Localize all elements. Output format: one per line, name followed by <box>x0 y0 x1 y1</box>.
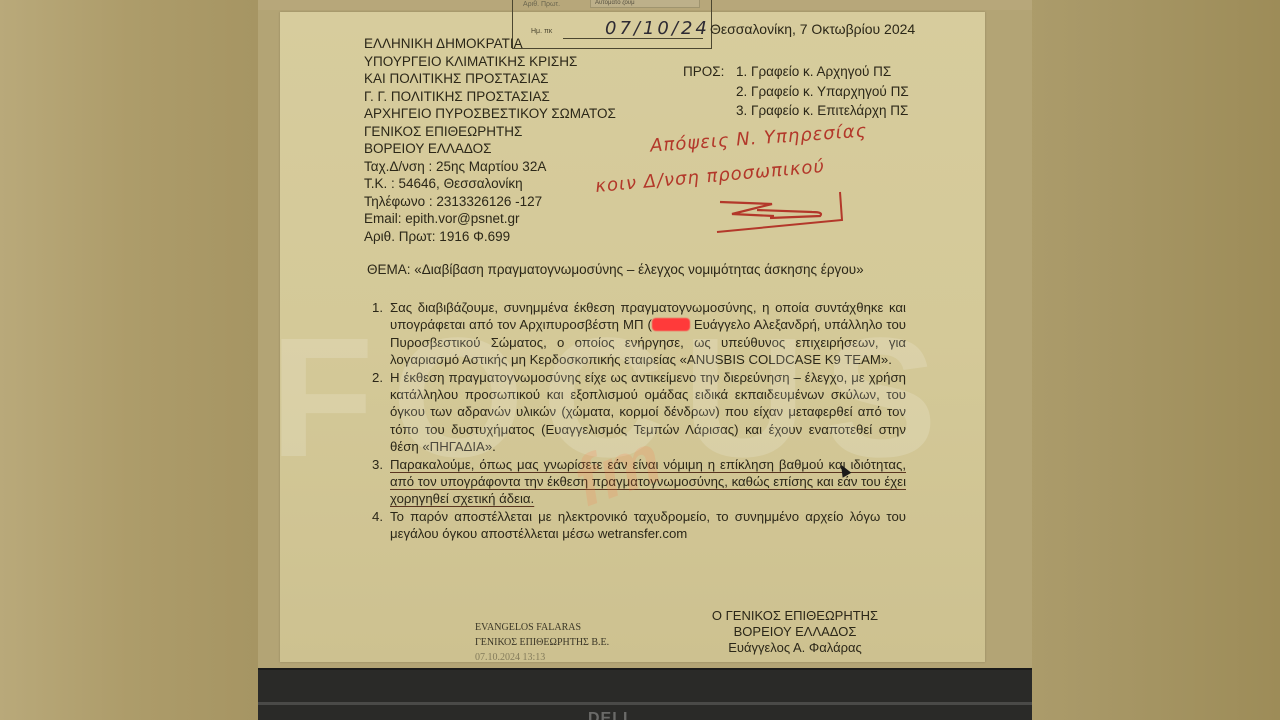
digital-signature-name: EVANGELOS FALARAS <box>475 620 609 635</box>
monitor-bezel: DELL <box>258 668 1032 720</box>
item-text: Παρακαλούμε, όπως μας γνωρίσετε εάν είνα… <box>390 457 906 507</box>
list-item: 1. Σας διαβιβάζουμε, συνημμένα έκθεση πρ… <box>370 299 906 369</box>
redaction-mark <box>652 318 690 331</box>
signatory-region: ΒΟΡΕΙΟΥ ΕΛΛΑΔΟΣ <box>700 624 890 640</box>
header-line: Γ. Γ. ΠΟΛΙΤΙΚΗΣ ΠΡΟΣΤΑΣΙΑΣ <box>364 88 616 106</box>
item-number: 3. <box>372 456 383 473</box>
handwritten-signature-icon <box>712 190 852 240</box>
sender-header: ΕΛΛΗΝΙΚΗ ΔΗΜΟΚΡΑΤΙΑ ΥΠΟΥΡΓΕΙΟ ΚΛΙΜΑΤΙΚΗΣ… <box>364 35 616 245</box>
stamp-protocol-label: Αριθ. Πρωτ. <box>523 1 560 8</box>
digital-signature-title: ΓΕΝΙΚΟΣ ΕΠΙΘΕΩΡΗΤΗΣ Β.Ε. <box>475 635 609 650</box>
header-line: Αριθ. Πρωτ: 1916 Φ.699 <box>364 228 616 246</box>
item-number: 4. <box>372 508 383 525</box>
list-item: 3. Παρακαλούμε, όπως μας γνωρίσετε εάν ε… <box>370 456 906 508</box>
signatory-name: Ευάγγελος Α. Φαλάρας <box>700 640 890 656</box>
signatory-title: Ο ΓΕΝΙΚΟΣ ΕΠΙΘΕΩΡΗΤΗΣ <box>700 608 890 624</box>
body-items: 1. Σας διαβιβάζουμε, συνημμένα έκθεση πρ… <box>370 299 906 543</box>
item-number: 1. <box>372 299 383 316</box>
signatory-block: Ο ΓΕΝΙΚΟΣ ΕΠΙΘΕΩΡΗΤΗΣ ΒΟΡΕΙΟΥ ΕΛΛΑΔΟΣ Ευ… <box>700 608 890 656</box>
digital-signature-timestamp: 07.10.2024 13:13 <box>475 650 609 665</box>
header-line: ΚΑΙ ΠΟΛΙΤΙΚΗΣ ΠΡΟΣΤΑΣΙΑΣ <box>364 70 616 88</box>
recipient-item: 3. Γραφείο κ. Επιτελάρχη ΠΣ <box>736 101 909 121</box>
item-text: Το παρόν αποστέλλεται με ηλεκτρονικό ταχ… <box>390 509 906 541</box>
header-line: ΥΠΟΥΡΓΕΙΟ ΚΛΙΜΑΤΙΚΗΣ ΚΡΙΣΗΣ <box>364 53 616 71</box>
header-line: ΓΕΝΙΚΟΣ ΕΠΙΘΕΩΡΗΤΗΣ <box>364 123 616 141</box>
recipient-item: 1. Γραφείο κ. Αρχηγού ΠΣ <box>736 62 909 82</box>
item-number: 2. <box>372 369 383 386</box>
header-line: Τηλέφωνο : 2313326126 -127 <box>364 193 616 211</box>
stamp-date-label: Ημ. πκ <box>531 28 552 35</box>
city-date: Θεσσαλονίκη, 7 Οκτωβρίου 2024 <box>710 21 915 37</box>
header-line: Τ.Κ. : 54646, Θεσσαλονίκη <box>364 175 616 193</box>
header-line: ΒΟΡΕΙΟΥ ΕΛΛΑΔΟΣ <box>364 140 616 158</box>
header-line: Ταχ.Δ/νση : 25ης Μαρτίου 32Α <box>364 158 616 176</box>
header-line: ΑΡΧΗΓΕΙΟ ΠΥΡΟΣΒΕΣΤΙΚΟΥ ΣΩΜΑΤΟΣ <box>364 105 616 123</box>
header-line: Email: epith.vor@psnet.gr <box>364 210 616 228</box>
list-item: 4. Το παρόν αποστέλλεται με ηλεκτρονικό … <box>370 508 906 543</box>
subject-line: ΘΕΜΑ: «Διαβίβαση πραγματογνωμοσύνης – έλ… <box>367 262 864 277</box>
recipients-label: ΠΡΟΣ: <box>683 62 724 82</box>
list-item: 2. Η έκθεση πραγματογνωμοσύνης είχε ως α… <box>370 369 906 456</box>
bezel-divider <box>258 702 1032 705</box>
stamp-date: 07/10/24 <box>605 18 710 39</box>
item-text: Η έκθεση πραγματογνωμοσύνης είχε ως αντι… <box>390 370 906 455</box>
header-line: ΕΛΛΗΝΙΚΗ ΔΗΜΟΚΡΑΤΙΑ <box>364 35 616 53</box>
recipient-item: 2. Γραφείο κ. Υπαρχηγού ΠΣ <box>736 82 909 102</box>
digital-signature: EVANGELOS FALARAS ΓΕΝΙΚΟΣ ΕΠΙΘΕΩΡΗΤΗΣ Β.… <box>475 620 609 665</box>
monitor-brand-logo: DELL <box>588 710 634 720</box>
